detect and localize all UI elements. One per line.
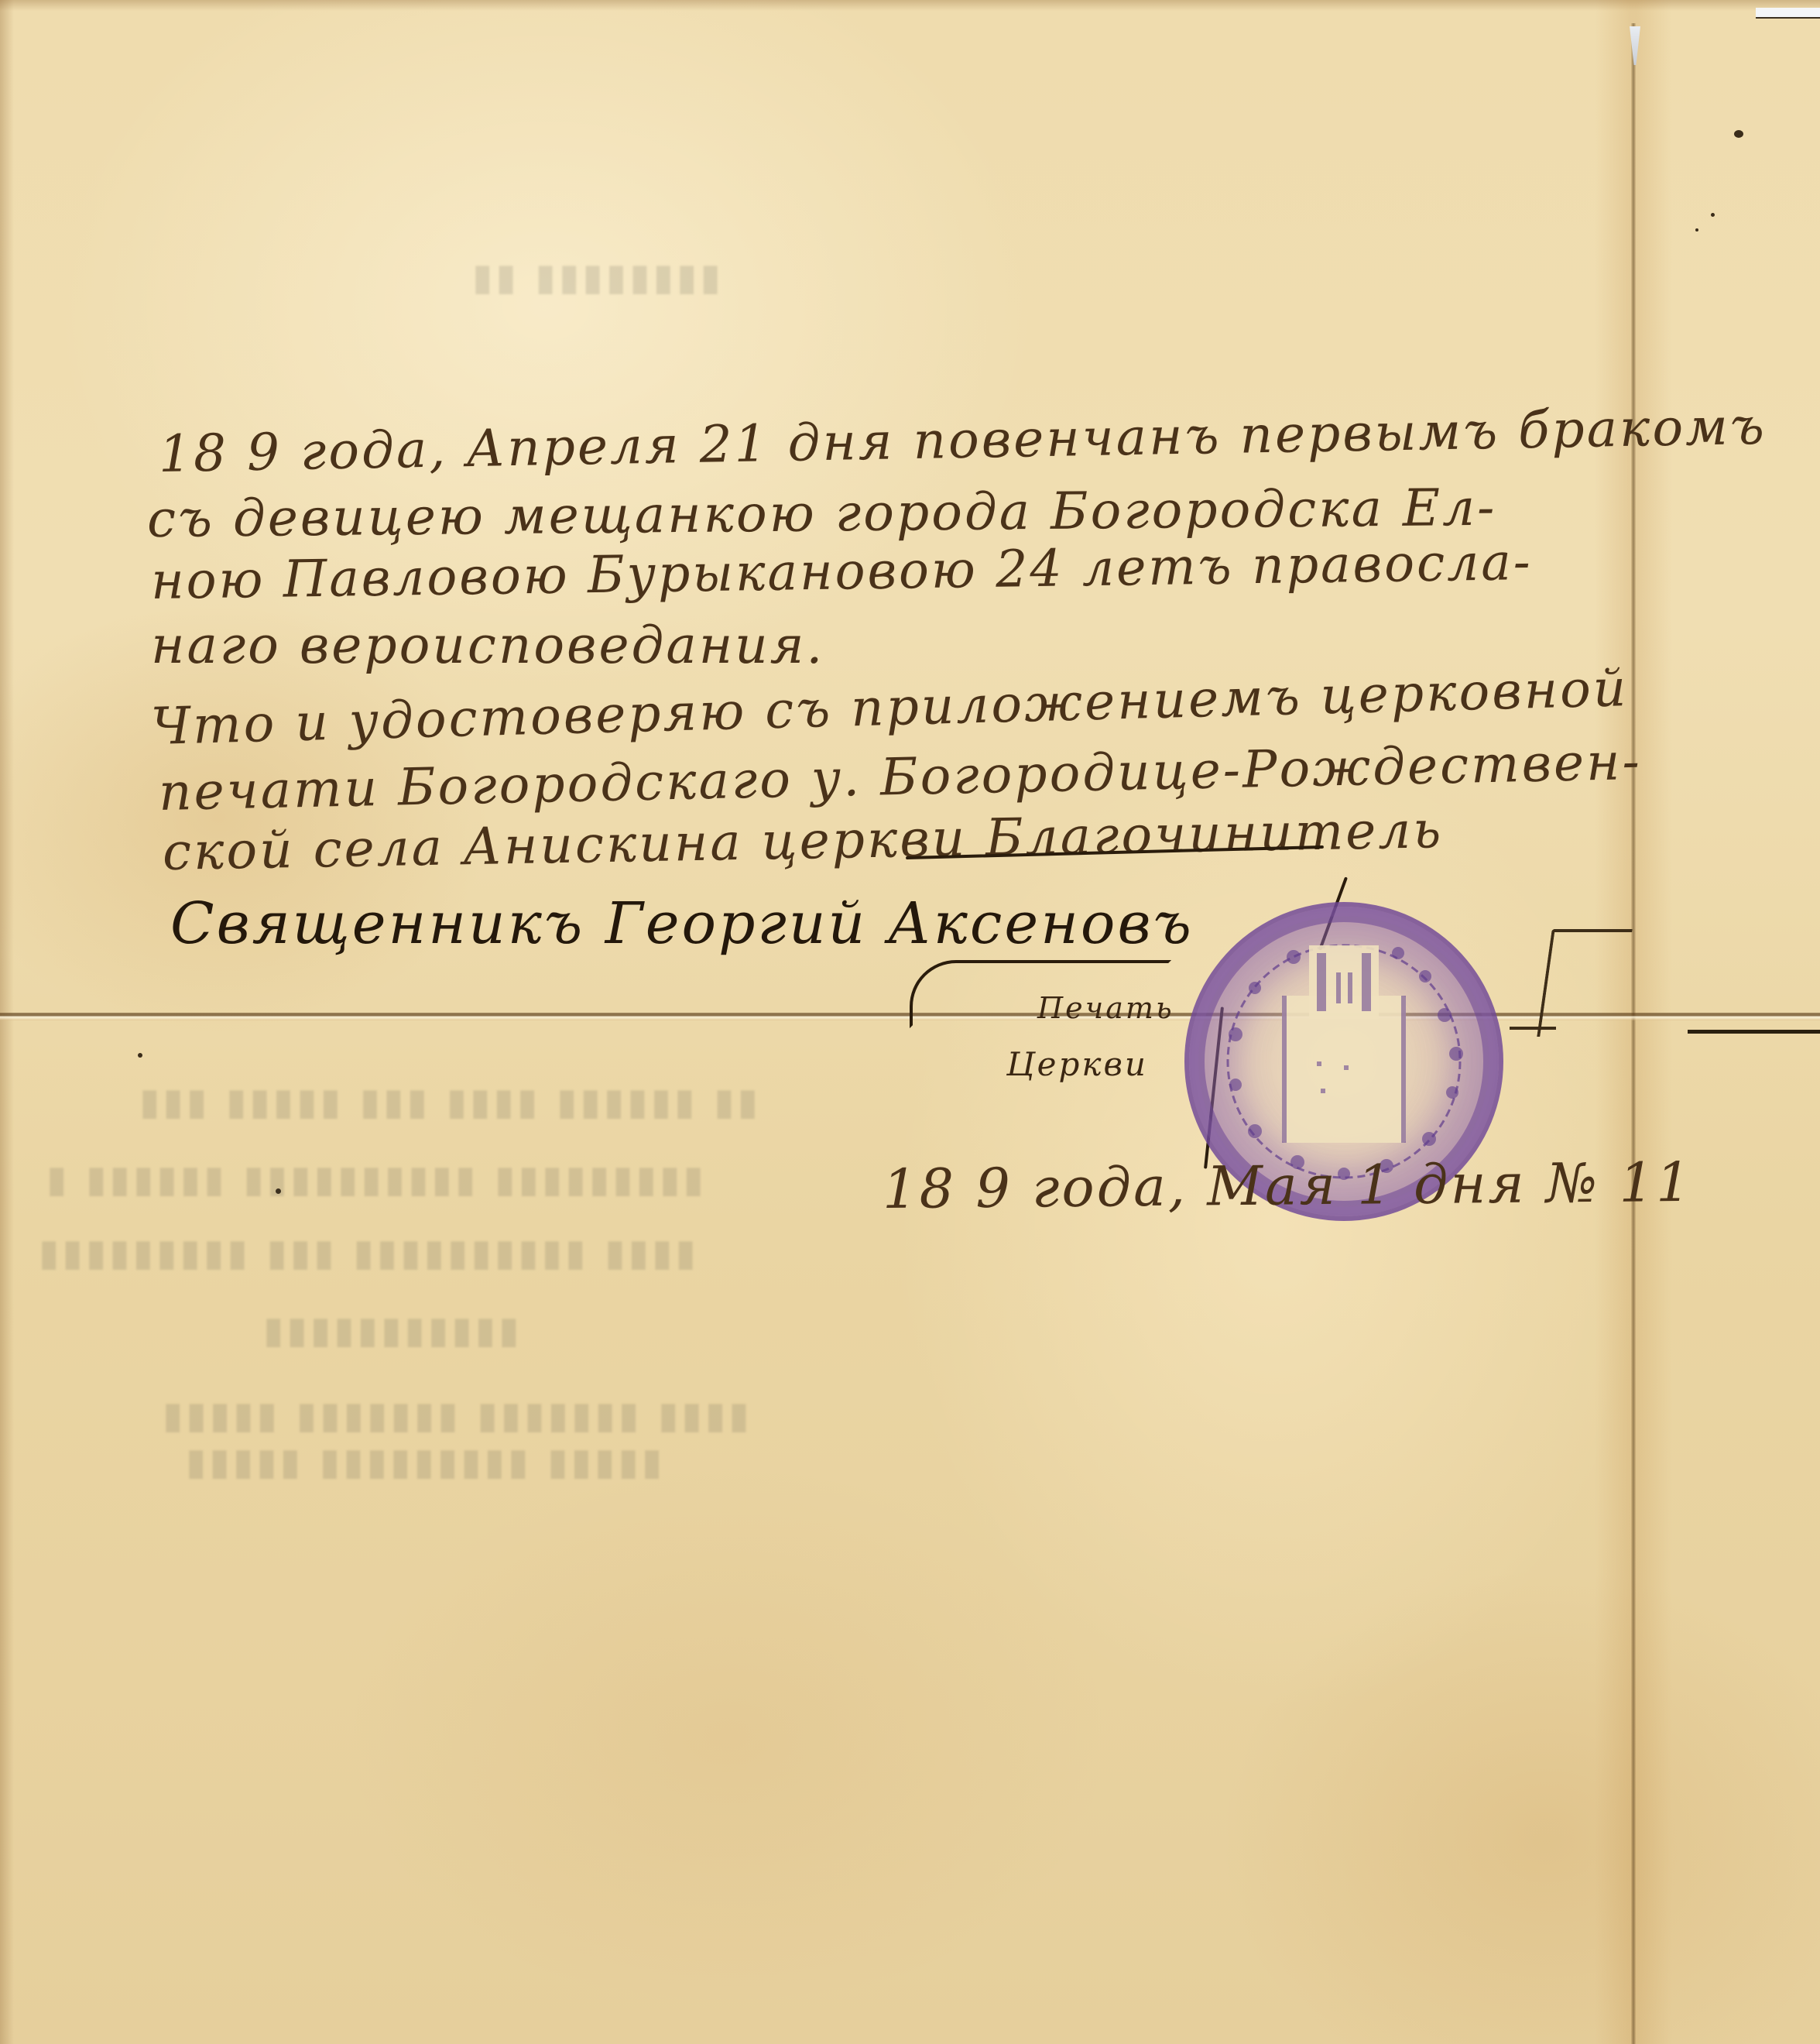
bleed-through-text: ▮▮ ▮▮▮▮▮▮▮▮ xyxy=(472,256,724,299)
ink-spot xyxy=(138,1053,142,1058)
bleed-through-text: ▮ ▮▮▮▮▮▮ ▮▮▮▮▮▮▮▮▮▮ ▮▮▮▮▮▮▮▮▮ xyxy=(46,1157,707,1201)
paper-tear-flap xyxy=(1537,929,1633,1037)
handwritten-line-1: 18 9 года, Апреля 21 дня повенчанъ первы… xyxy=(158,396,1767,484)
page-edge-shadow-top xyxy=(0,0,1820,11)
seal-caption-line1: Печать xyxy=(1037,991,1174,1025)
ink-spot xyxy=(1734,130,1743,138)
bleed-through-text: ▮▮▮▮▮ ▮▮▮▮▮▮▮ ▮▮▮▮▮▮▮ ▮▮▮▮ xyxy=(163,1394,752,1437)
paper-slit xyxy=(1688,1030,1820,1034)
bleed-through-text: ▮▮▮▮▮▮▮▮▮▮▮ xyxy=(263,1308,523,1352)
ink-spot xyxy=(1695,228,1698,231)
document-page: ▮▮ ▮▮▮▮▮▮▮▮ ▮▮▮ ▮▮▮▮▮ ▮▮▮ ▮▮▮▮ ▮▮▮▮▮▮ ▮▮… xyxy=(0,0,1820,2044)
page-edge-shadow xyxy=(0,0,14,2044)
issue-date: 18 9 года, Мая 1 дня № 11 xyxy=(883,1151,1693,1221)
seal-caption-line2: Церкви xyxy=(1006,1045,1148,1083)
ink-spot xyxy=(1711,213,1715,217)
vertical-fold-crease xyxy=(1631,23,1636,2044)
priest-signature: Священникъ Георгий Аксеновъ xyxy=(170,890,1194,957)
handwritten-line-4: наго вероисповедания. xyxy=(151,616,824,675)
bleed-through-text: ▮▮▮▮▮▮▮▮▮ ▮▮▮ ▮▮▮▮▮▮▮▮▮▮ ▮▮▮▮ xyxy=(39,1231,699,1274)
bleed-through-text: ▮▮▮▮▮ ▮▮▮▮▮▮▮▮▮ ▮▮▮▮▮ xyxy=(186,1440,665,1483)
top-right-notch xyxy=(1756,8,1820,19)
bleed-through-text: ▮▮▮ ▮▮▮▮▮ ▮▮▮ ▮▮▮▮ ▮▮▮▮▮▮ ▮▮ xyxy=(139,1080,761,1123)
paper-tear-edge xyxy=(1510,1027,1556,1030)
